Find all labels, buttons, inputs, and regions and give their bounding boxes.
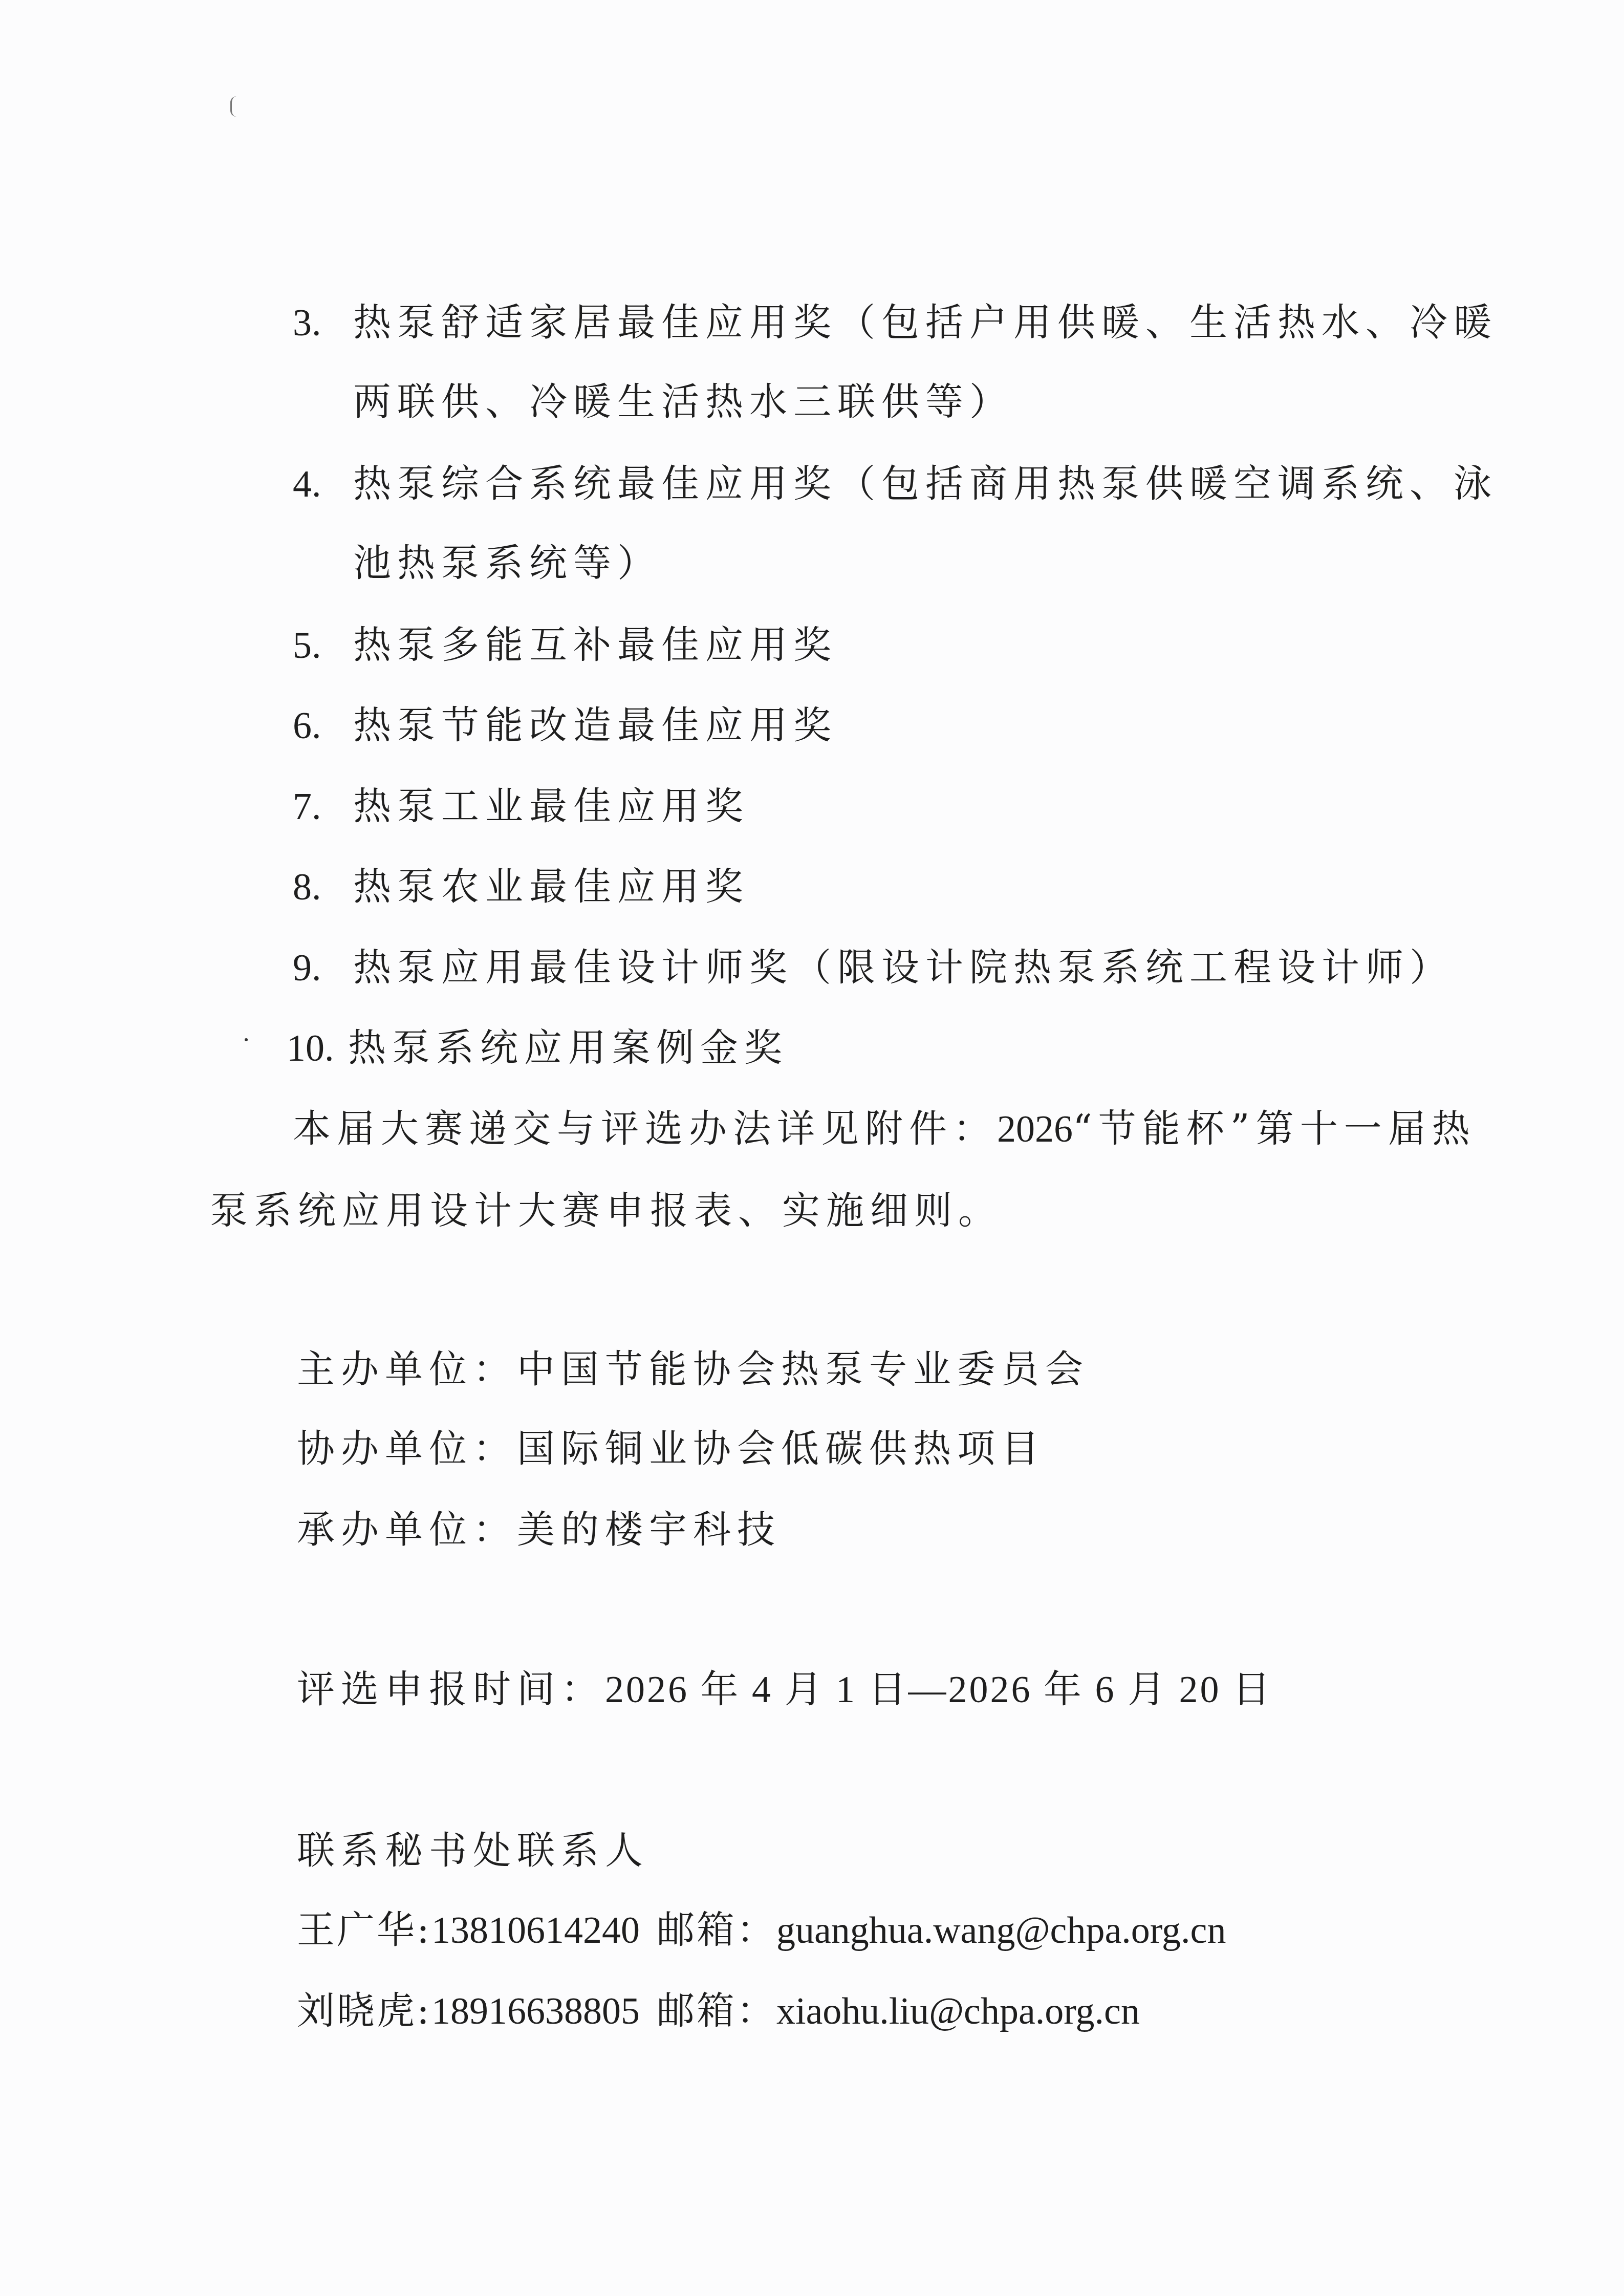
award-number: 5. <box>293 620 353 671</box>
award-text: 热泵工业最佳应用奖 <box>353 784 749 828</box>
award-item-3-continued: 两联供、冷暖生活热水三联供等） <box>353 376 1013 427</box>
submission-year: 2026 <box>997 1108 1073 1150</box>
document-page: 3.热泵舒适家居最佳应用奖（包括户用供暖、生活热水、冷暖 两联供、冷暖生活热水三… <box>0 0 1624 2296</box>
award-item-9: 9.热泵应用最佳设计师奖（限设计院热泵系统工程设计师） <box>293 942 1454 994</box>
contacts-heading: 联系秘书处联系人 <box>297 1825 649 1876</box>
award-item-7: 7.热泵工业最佳应用奖 <box>293 781 749 832</box>
contact-name: 王广华: <box>297 1908 431 1952</box>
award-item-4-continued: 池热泵系统等） <box>353 538 661 589</box>
award-number: 10. <box>287 1023 348 1074</box>
award-text: 热泵系统应用案例金奖 <box>348 1026 788 1070</box>
organizer-label: 协办单位： <box>297 1427 517 1471</box>
contact-email[interactable]: xiaohu.liu@chpa.org.cn <box>776 1990 1140 2032</box>
award-text-continued: 两联供、冷暖生活热水三联供等） <box>353 380 1013 424</box>
award-item-5: 5.热泵多能互补最佳应用奖 <box>293 619 837 671</box>
organizer-label: 承办单位： <box>297 1508 517 1552</box>
submission-paragraph-line-1: 本届大赛递交与评选办法详见附件：2026“节能杯”第十一届热 <box>293 1103 1476 1155</box>
email-label: 邮箱： <box>657 1989 776 2033</box>
submission-text: 本届大赛递交与评选办法详见附件： <box>293 1107 997 1151</box>
organizer-value: 中国节能协会热泵专业委员会 <box>517 1347 1089 1391</box>
award-number: 6. <box>293 700 353 752</box>
organizer-co-host: 协办单位：国际铜业协会低碳供热项目 <box>297 1423 1045 1474</box>
submission-text: “节能杯”第十一届热 <box>1073 1107 1476 1151</box>
contact-phone: 18916638805 <box>431 1986 657 2037</box>
award-item-8: 8.热泵农业最佳应用奖 <box>293 861 749 913</box>
email-label: 邮箱： <box>657 1908 776 1952</box>
organizer-value: 国际铜业协会低碳供热项目 <box>517 1427 1045 1471</box>
submission-paragraph-line-2: 泵系统应用设计大赛申报表、实施细则。 <box>210 1185 1002 1236</box>
contact-email[interactable]: guanghua.wang@chpa.org.cn <box>776 1909 1226 1951</box>
scan-bracket-mark <box>230 96 237 117</box>
award-text-continued: 池热泵系统等） <box>353 541 661 585</box>
contact-row: 王广华:13810614240邮箱：guanghua.wang@chpa.org… <box>297 1904 1226 1956</box>
award-number: 4. <box>293 459 353 510</box>
award-item-6: 6.热泵节能改造最佳应用奖 <box>293 700 837 752</box>
scan-dot-mark <box>245 1038 248 1041</box>
organizer-undertaker: 承办单位：美的楼宇科技 <box>297 1504 781 1555</box>
award-text: 热泵农业最佳应用奖 <box>353 865 749 909</box>
contact-row: 刘晓虎:18916638805邮箱：xiaohu.liu@chpa.org.cn <box>297 1985 1140 2037</box>
award-text: 热泵多能互补最佳应用奖 <box>353 623 837 667</box>
period-label: 评选申报时间： <box>297 1667 605 1711</box>
contacts-heading-text: 联系秘书处联系人 <box>297 1829 649 1873</box>
contact-name: 刘晓虎: <box>297 1989 431 2033</box>
contact-phone: 13810614240 <box>431 1905 657 1956</box>
organizer-label: 主办单位： <box>297 1347 517 1391</box>
award-item-3: 3.热泵舒适家居最佳应用奖（包括户用供暖、生活热水、冷暖 <box>293 297 1498 349</box>
organizer-value: 美的楼宇科技 <box>517 1508 781 1552</box>
period-value: 2026 年 4 月 1 日—2026 年 6 月 20 日 <box>605 1669 1272 1711</box>
award-text: 热泵综合系统最佳应用奖（包括商用热泵供暖空调系统、泳 <box>353 462 1498 506</box>
award-number: 8. <box>293 862 353 913</box>
award-text: 热泵应用最佳设计师奖（限设计院热泵系统工程设计师） <box>353 946 1454 990</box>
award-number: 3. <box>293 297 353 349</box>
award-number: 9. <box>293 942 353 994</box>
award-number: 7. <box>293 781 353 832</box>
award-text: 热泵舒适家居最佳应用奖（包括户用供暖、生活热水、冷暖 <box>353 301 1498 345</box>
award-item-4: 4.热泵综合系统最佳应用奖（包括商用热泵供暖空调系统、泳 <box>293 458 1498 510</box>
organizer-host: 主办单位：中国节能协会热泵专业委员会 <box>297 1344 1089 1395</box>
application-period: 评选申报时间：2026 年 4 月 1 日—2026 年 6 月 20 日 <box>297 1664 1272 1715</box>
award-text: 热泵节能改造最佳应用奖 <box>353 703 837 747</box>
award-item-10: 10.热泵系统应用案例金奖 <box>293 1022 788 1074</box>
submission-text: 泵系统应用设计大赛申报表、实施细则。 <box>210 1189 1002 1233</box>
